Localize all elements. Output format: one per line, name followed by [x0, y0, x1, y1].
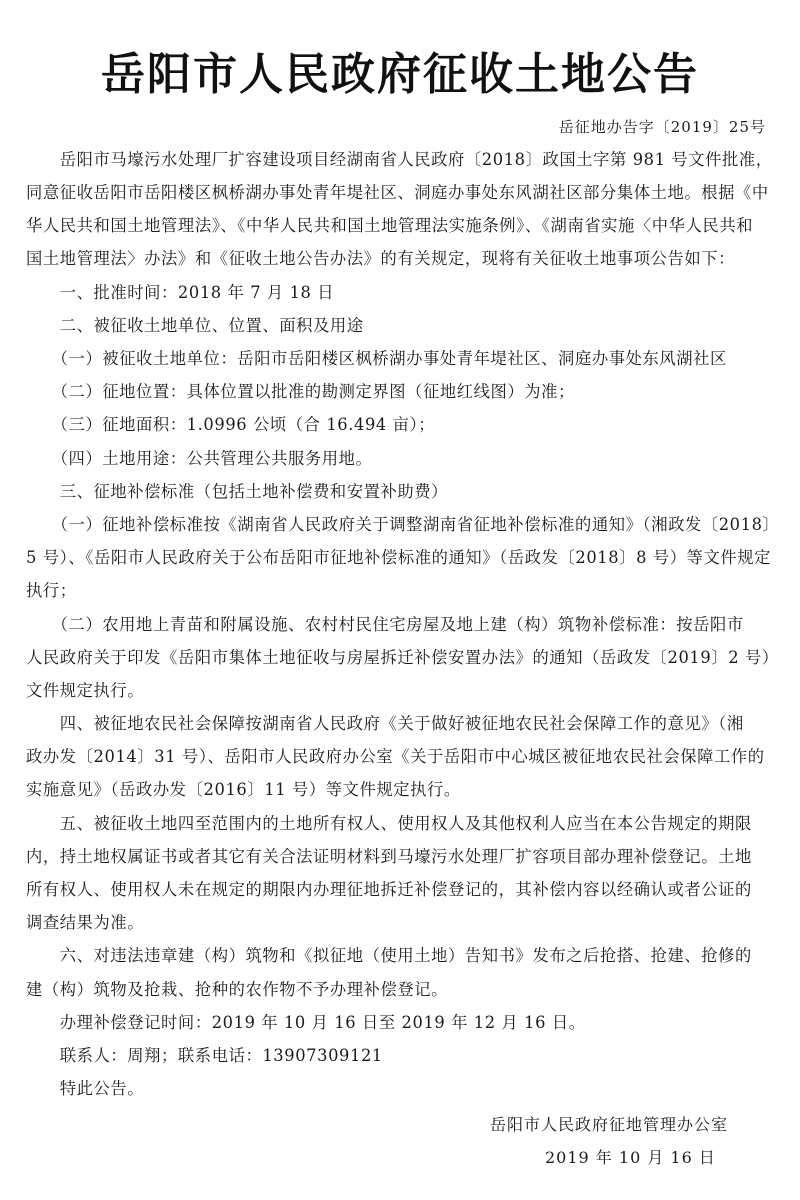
body-line: （二）征地位置：具体位置以批准的勘测定界图（征地红线图）为准；: [26, 382, 776, 402]
body-line: 华人民共和国土地管理法》、《中华人民共和国土地管理法实施条例》、《湖南省实施〈中…: [26, 216, 776, 236]
body-line: 一、批准时间：2018 年 7 月 18 日: [26, 283, 776, 303]
body-line: 二、被征收土地单位、位置、面积及用途: [26, 316, 776, 336]
body-line: （四）土地用途：公共管理公共服务用地。: [26, 449, 776, 469]
body-line: 国土地管理法〉办法》和《征收土地公告办法》的有关规定，现将有关征收土地事项公告如…: [26, 249, 776, 269]
body-line: 四、被征地农民社会保障按湖南省人民政府《关于做好被征地农民社会保障工作的意见》（…: [26, 714, 776, 734]
document-title: 岳阳市人民政府征收土地公告: [0, 38, 800, 102]
issuing-office: 岳阳市人民政府征地管理办公室: [490, 1112, 728, 1135]
body-line: 岳阳市马壕污水处理厂扩容建设项目经湖南省人民政府〔2018〕政国土字第 981 …: [26, 150, 776, 170]
body-line: 人民政府关于印发《岳阳市集体土地征收与房屋拆迁补偿安置办法》的通知（岳政发〔20…: [26, 648, 776, 668]
body-line: 联系人：周翔；联系电话：13907309121: [26, 1046, 776, 1066]
body-line: 同意征收岳阳市岳阳楼区枫桥湖办事处青年堤社区、洞庭办事处东风湖社区部分集体土地。…: [26, 183, 776, 203]
body-line: 建（构）筑物及抢栽、抢种的农作物不予办理补偿登记。: [26, 980, 776, 1000]
body-line: （一）被征收土地单位：岳阳市岳阳楼区枫桥湖办事处青年堤社区、洞庭办事处东风湖社区: [26, 349, 776, 369]
body-line: 特此公告。: [26, 1079, 776, 1099]
body-line: 五、被征收土地四至范围内的土地所有权人、使用权人及其他权利人应当在本公告规定的期…: [26, 814, 776, 834]
body-line: （三）征地面积：1.0996 公顷（合 16.494 亩）；: [26, 415, 776, 435]
body-line: 三、征地补偿标准（包括土地补偿费和安置补助费）: [26, 482, 776, 502]
body-line: 办理补偿登记时间：2019 年 10 月 16 日至 2019 年 12 月 1…: [26, 1013, 776, 1033]
body-line: 执行；: [26, 581, 776, 601]
body-line: 文件规定执行。: [26, 681, 776, 701]
body-line: （一）征地补偿标准按《湖南省人民政府关于调整湖南省征地补偿标准的通知》（湘政发〔…: [26, 515, 776, 535]
body-line: （二）农用地上青苗和附属设施、农村村民住宅房屋及地上建（构）筑物补偿标准：按岳阳…: [26, 615, 776, 635]
issue-date: 2019 年 10 月 16 日: [545, 1145, 716, 1168]
body-line: 调查结果为准。: [26, 913, 776, 933]
document-number: 岳征地办告字〔2019〕25号: [559, 116, 766, 137]
body-line: 所有权人、使用权人未在规定的期限内办理征地拆迁补偿登记的，其补偿内容以经确认或者…: [26, 880, 776, 900]
body-line: 实施意见》（岳政办发〔2016〕11 号）等文件规定执行。: [26, 780, 776, 800]
body-line: 内，持土地权属证书或者其它有关合法证明材料到马壕污水处理厂扩容项目部办理补偿登记…: [26, 847, 776, 867]
body-line: 六、对违法违章建（构）筑物和《拟征地（使用土地）告知书》发布之后抢搭、抢建、抢修…: [26, 946, 776, 966]
body-line: 政办发〔2014〕31 号）、岳阳市人民政府办公室《关于岳阳市中心城区被征地农民…: [26, 747, 776, 767]
body-line: 5 号）、《岳阳市人民政府关于公布岳阳市征地补偿标准的通知》（岳政发〔2018〕…: [26, 548, 776, 568]
